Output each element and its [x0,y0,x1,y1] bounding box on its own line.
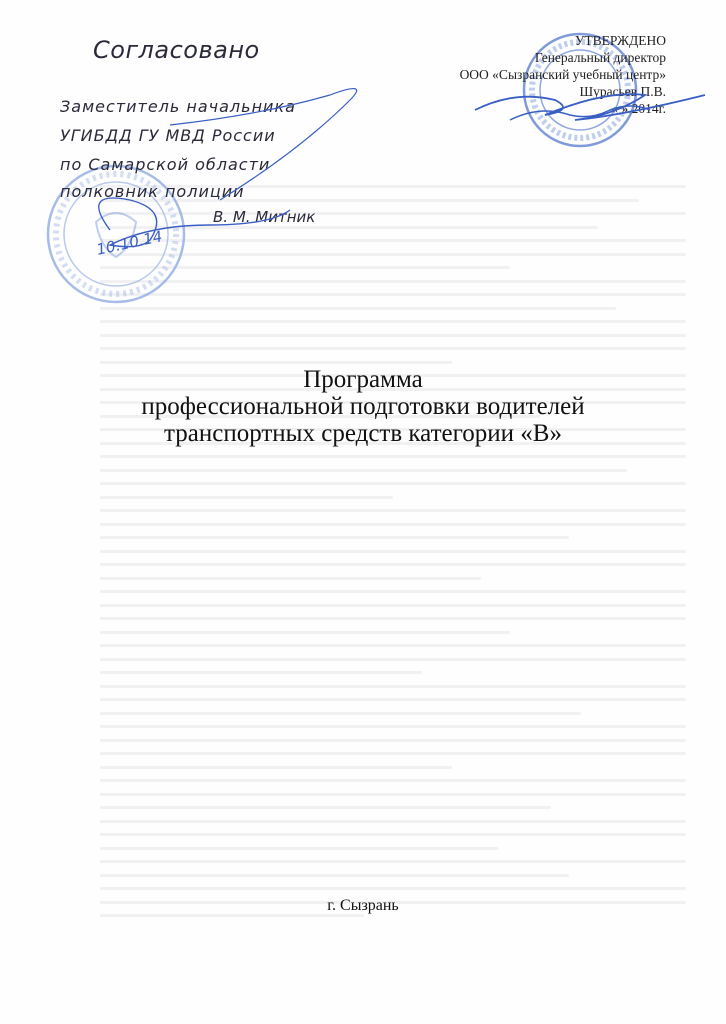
show-through-text [100,185,686,928]
agreed-signatory: В. М. Митник [213,208,315,226]
title-line-2: профессиональной подготовки водителей [0,393,726,420]
approval-heading: УТВЕРЖДЕНО [460,32,666,49]
agreed-position-line-2: УГИБДД ГУ МВД России [60,126,276,145]
agreed-position-line-4: полковник полиции [60,182,245,201]
agreed-position-line-1: Заместитель начальника [60,97,296,116]
approval-name: Шурасьев П.В. [460,83,666,100]
title-line-3: транспортных средств категории «В» [0,420,726,447]
approval-date: « » 2014г. [460,100,666,117]
document-title: Программа профессиональной подготовки во… [0,366,726,447]
approval-block: УТВЕРЖДЕНО Генеральный директор ООО «Сыз… [460,32,666,117]
approval-company: ООО «Сызранский учебный центр» [460,66,666,83]
agreed-heading: Согласовано [93,36,260,64]
document-page: Согласовано Заместитель начальника УГИБД… [0,0,726,1024]
city-label: г. Сызрань [0,897,726,915]
approval-position: Генеральный директор [460,49,666,66]
agreed-position-line-3: по Самарской области [60,155,270,174]
title-line-1: Программа [0,366,726,393]
